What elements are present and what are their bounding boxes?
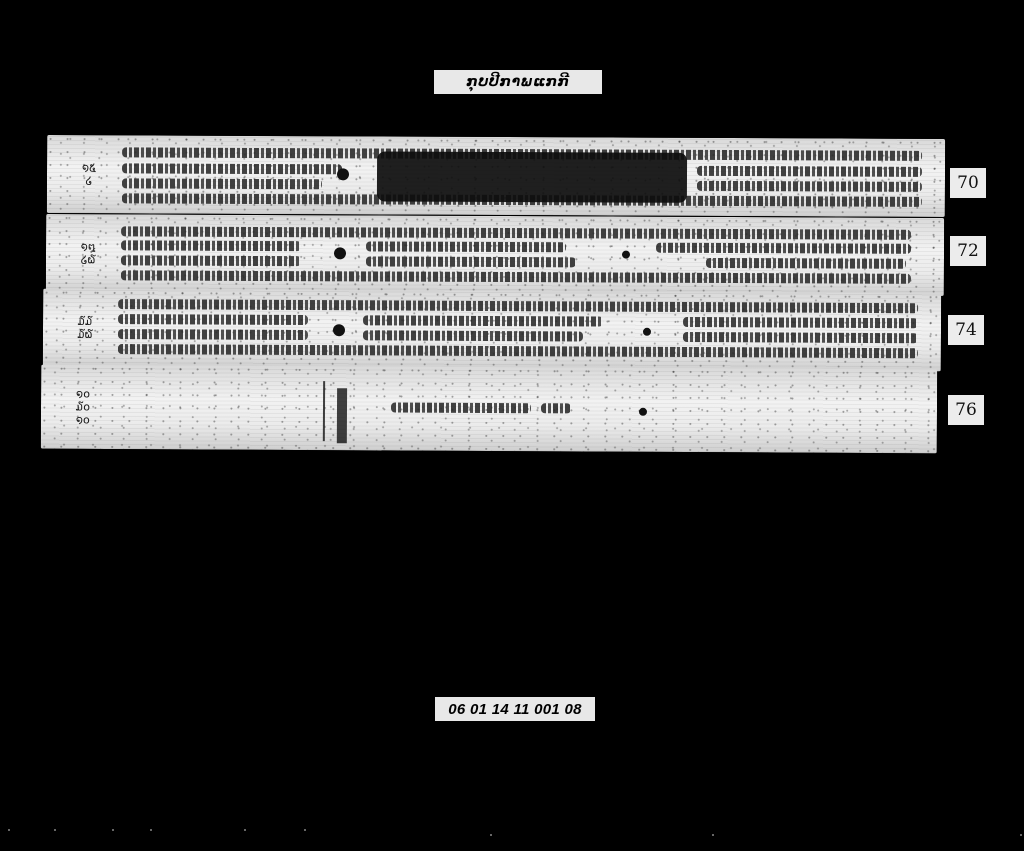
script-line (121, 240, 301, 251)
binding-hole (643, 328, 651, 336)
film-dust (54, 829, 56, 831)
script-line (706, 258, 906, 269)
manuscript-title-tag: ກຸບປີກາພແກກີ (434, 70, 602, 94)
palm-leaf-1: ໑໕ ໒ (47, 135, 945, 217)
script-line (541, 403, 571, 413)
script-line (683, 332, 918, 343)
script-line (121, 226, 911, 239)
page-label-76: 76 (948, 395, 984, 425)
leaf-crack (323, 381, 325, 441)
script-line (366, 241, 566, 252)
script-line (697, 166, 922, 177)
page-label-70: 70 (950, 168, 986, 198)
script-line (122, 178, 322, 189)
film-dust (304, 829, 306, 831)
script-line (366, 256, 576, 267)
film-dust (490, 834, 492, 836)
catalog-number: 06 01 14 11 001 08 (448, 701, 582, 718)
leaf-margin-number: ໑໘ ໒໖ (74, 240, 102, 266)
catalog-number-tag: 06 01 14 11 001 08 (435, 697, 595, 721)
ink-damage (377, 151, 687, 202)
script-line (118, 344, 918, 358)
film-dust (112, 829, 114, 831)
script-line (118, 329, 308, 340)
palm-leaf-4: ໑໐ ໓໐ ໑໐ (41, 365, 937, 454)
page-number: 70 (957, 173, 979, 193)
page-number: 74 (955, 320, 977, 340)
film-dust (244, 829, 246, 831)
leaf-margin-number: ໓໓ ໓໖ (71, 315, 99, 341)
film-dust (712, 834, 714, 836)
script-line (121, 270, 911, 283)
manuscript-title: ກຸບປີກາພແກກີ (466, 74, 569, 90)
film-dust (150, 829, 152, 831)
script-line (363, 315, 603, 326)
page-number: 76 (955, 400, 977, 420)
script-line (363, 330, 583, 341)
binding-hole (337, 168, 349, 180)
binding-hole (333, 324, 345, 336)
page-label-74: 74 (948, 315, 984, 345)
binding-hole (622, 251, 630, 259)
script-line (683, 317, 918, 328)
film-dust (1020, 834, 1022, 836)
palm-leaf-2: ໑໘ ໒໖ (46, 214, 944, 296)
film-dust (8, 829, 10, 831)
leaf-margin-number: ໑໕ ໒ (75, 161, 103, 187)
script-line (656, 243, 911, 254)
palm-leaf-3: ໓໓ ໓໖ (43, 289, 941, 372)
leaf-crack (337, 388, 347, 443)
script-line (697, 181, 922, 192)
page-label-72: 72 (950, 236, 986, 266)
script-line (121, 255, 301, 266)
script-line (118, 314, 308, 325)
binding-hole (334, 247, 346, 259)
script-line (122, 163, 342, 174)
leaf-margin-number: ໑໐ ໓໐ ໑໐ (69, 387, 97, 426)
script-line (391, 402, 531, 413)
binding-hole (639, 408, 647, 416)
page-number: 72 (957, 241, 979, 261)
script-line (118, 299, 918, 313)
